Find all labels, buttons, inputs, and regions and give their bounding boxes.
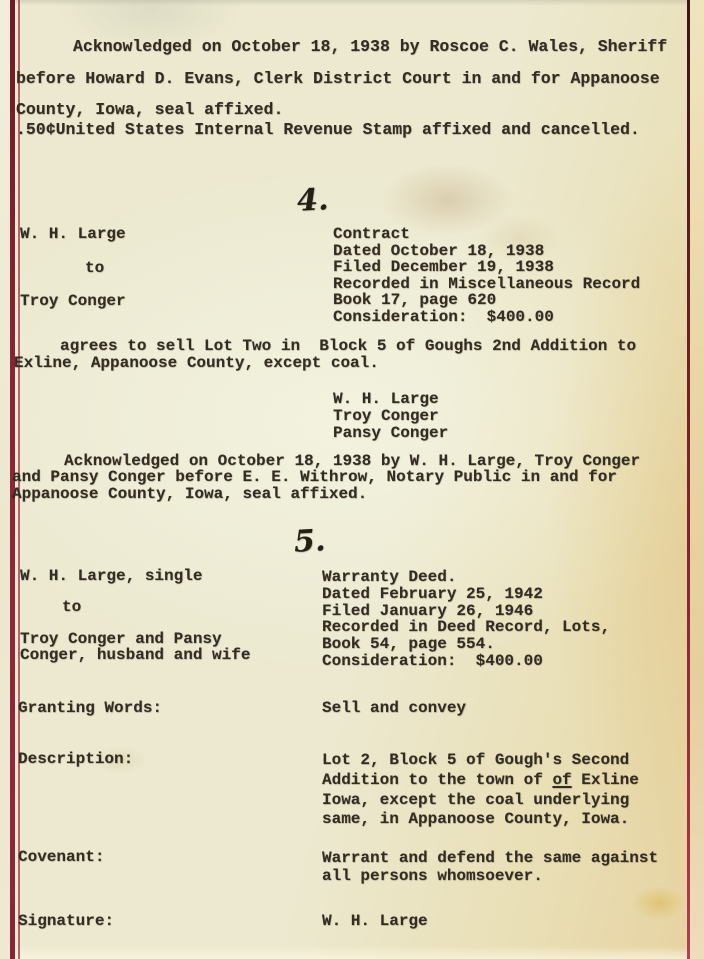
sheriff-acknowledgment-paragraph: Acknowledged on October 18, 1938 by Rosc… (16, 31, 692, 126)
entry-5-to-label: to (62, 599, 81, 616)
description-label: Description: (18, 751, 133, 768)
granting-words-value: Sell and convey (322, 700, 466, 717)
covenant-value: Warrant and defend the same against all … (322, 849, 658, 885)
entry-5-handwritten-number: 5. (293, 523, 326, 560)
description-value: Lot 2, Block 5 of Gough's Second Additio… (322, 751, 639, 830)
description-underlined-word: of (552, 771, 571, 789)
revenue-stamp-line: .50¢United States Internal Revenue Stamp… (16, 122, 640, 139)
entry-5-instrument-details: Warranty Deed. Dated February 25, 1942 F… (322, 569, 610, 670)
page-left-edge (0, 0, 10, 959)
entry-4-acknowledgment-paragraph: Acknowledged on October 18, 1938 by W. H… (12, 453, 698, 502)
entry-4-handwritten-number: 4. (296, 182, 329, 219)
entry-4-body-paragraph: agrees to sell Lot Two in Block 5 of Gou… (14, 338, 696, 372)
entry-5-grantor: W. H. Large, single (20, 568, 202, 585)
entry-4-grantor: W. H. Large (20, 226, 126, 243)
abstract-of-title-page: Acknowledged on October 18, 1938 by Rosc… (0, 0, 704, 959)
entry-4-signatories: W. H. Large Troy Conger Pansy Conger (333, 391, 448, 441)
granting-words-label: Granting Words: (18, 700, 162, 717)
entry-4-grantee: Troy Conger (20, 293, 126, 310)
entry-4-instrument-details: Contract Dated October 18, 1938 Filed De… (333, 226, 640, 326)
signature-label: Signature: (18, 913, 114, 930)
covenant-label: Covenant: (18, 849, 104, 866)
entry-4-to-label: to (85, 260, 104, 277)
entry-5-grantee: Troy Conger and Pansy Conger, husband an… (20, 631, 250, 663)
signature-value: W. H. Large (322, 913, 428, 930)
